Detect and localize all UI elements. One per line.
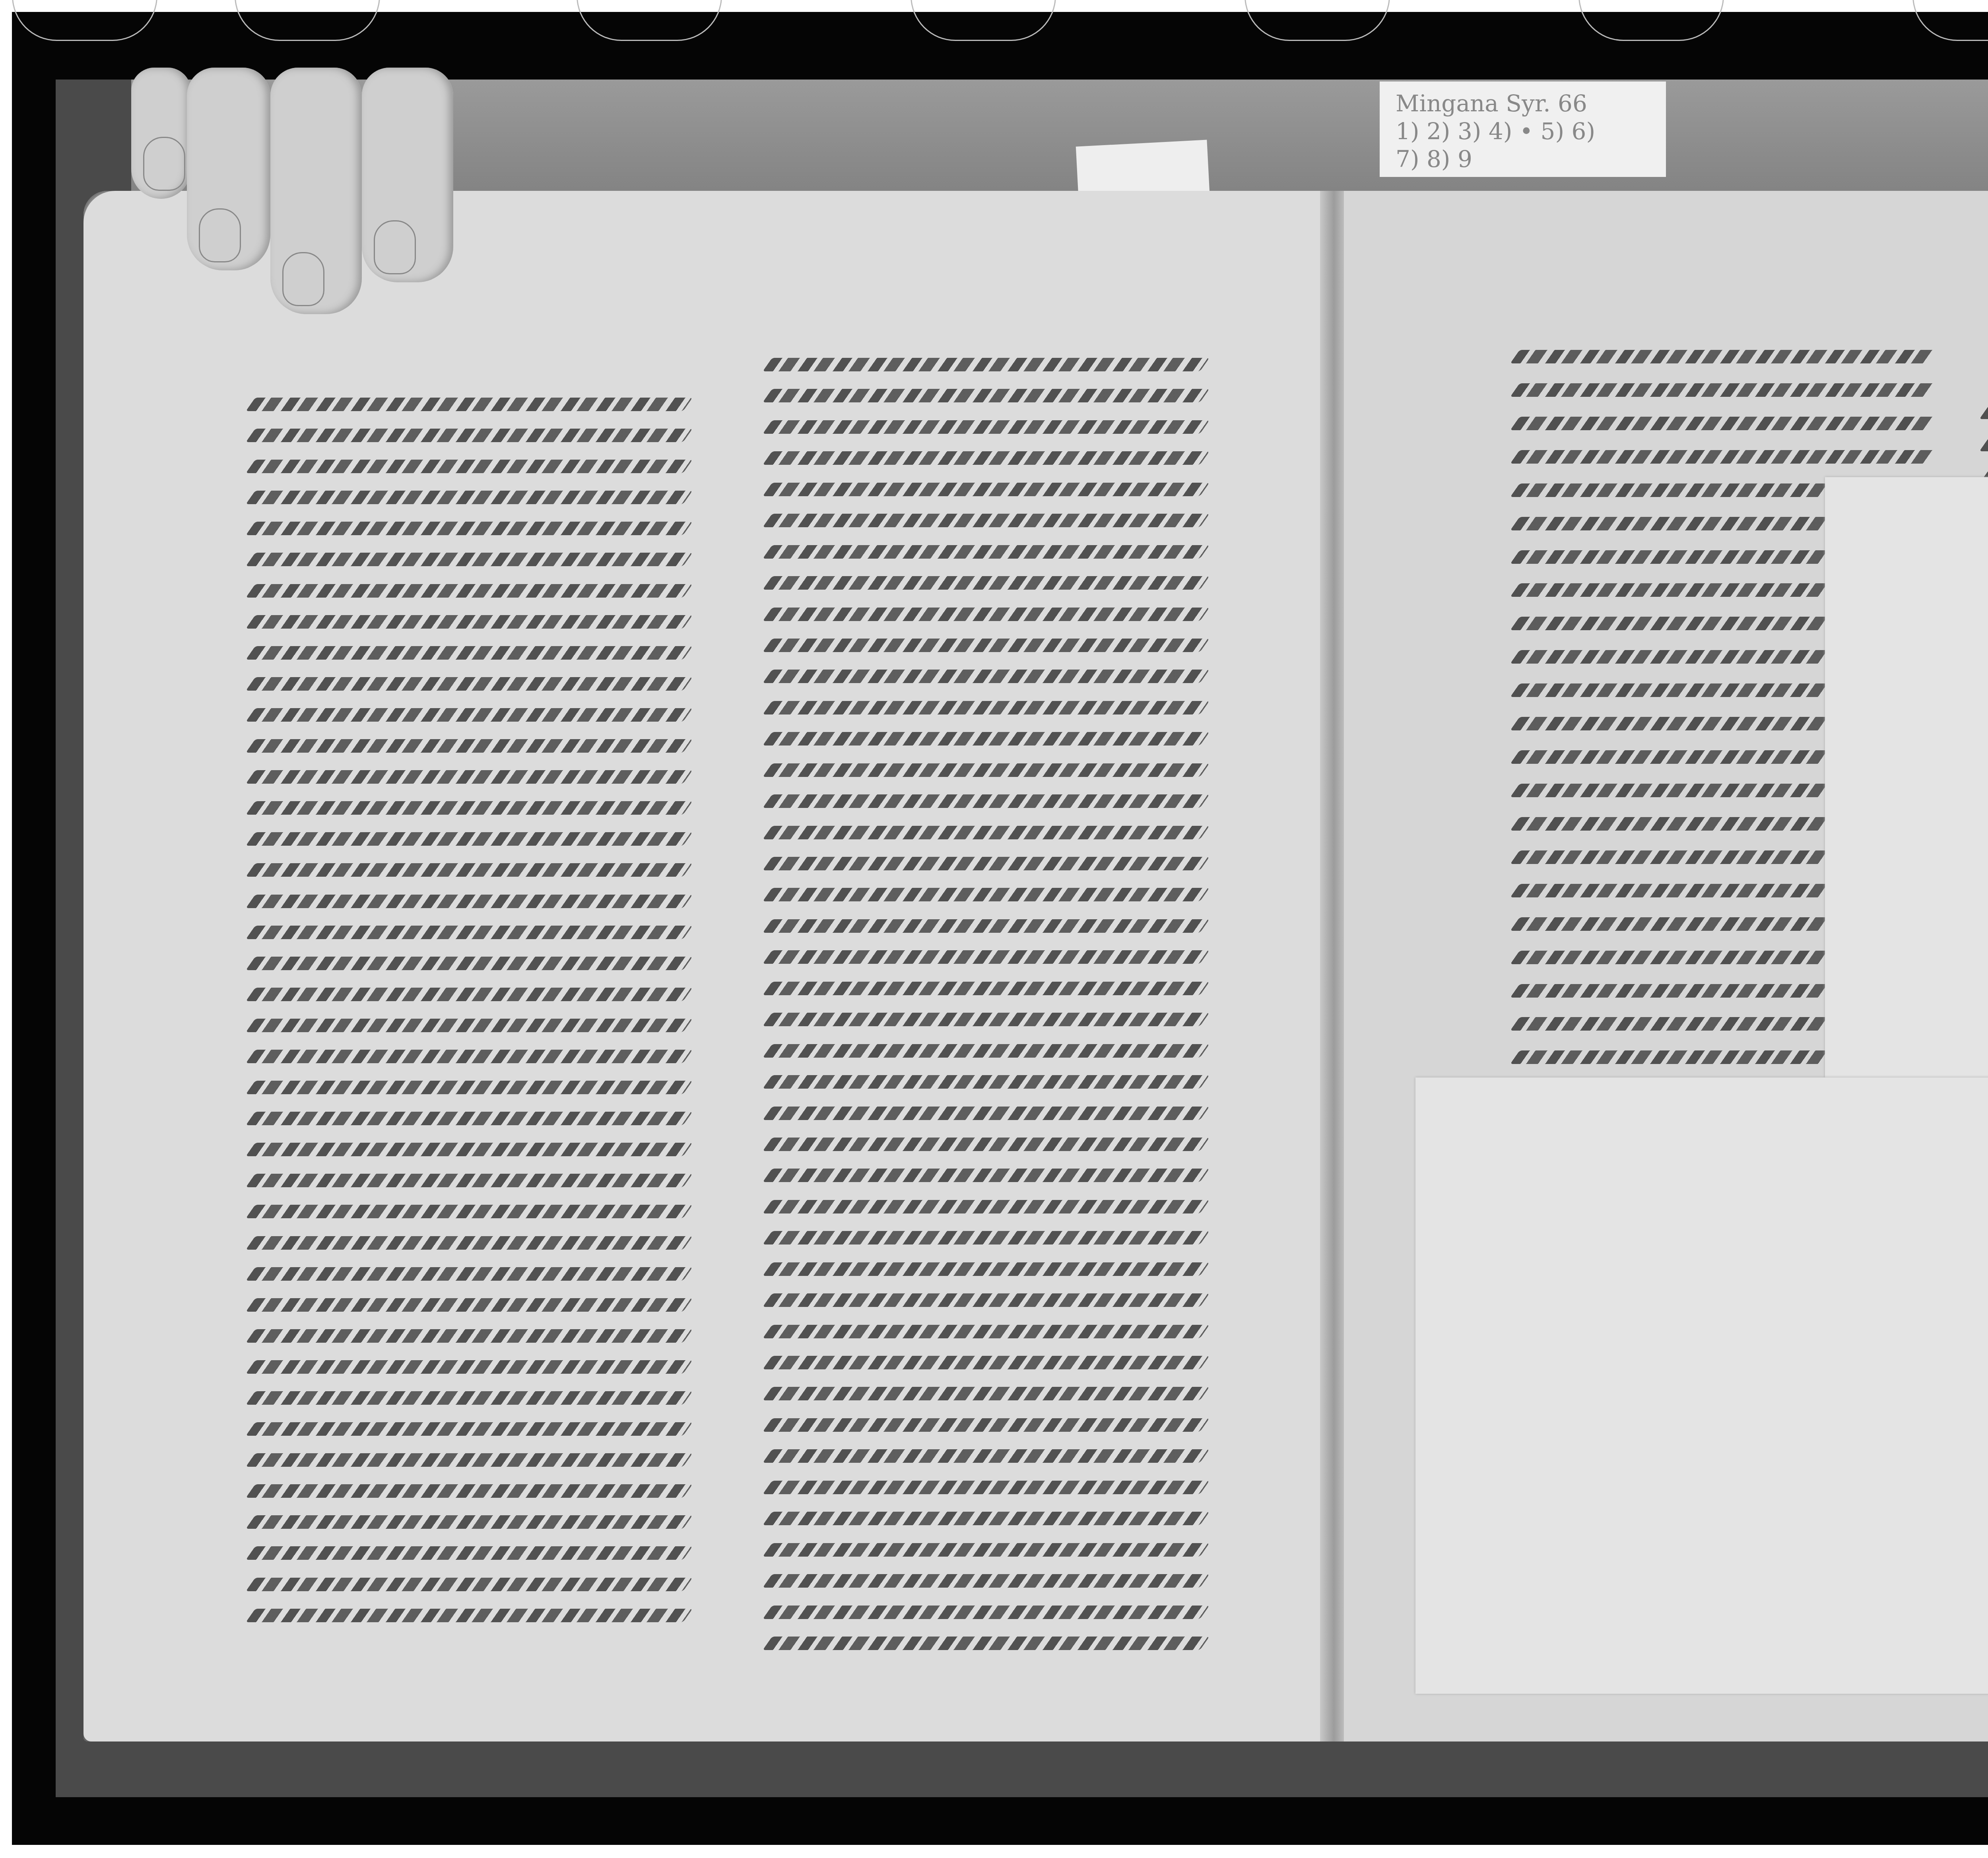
sprocket-hole xyxy=(12,0,157,41)
left-hand-finger xyxy=(131,68,191,199)
film-frame: Syriac marginal annotation (vertical) xyxy=(12,12,1988,1845)
left-hand-finger xyxy=(187,68,270,270)
sprocket-hole xyxy=(577,0,722,41)
shelfmark-line-2: 1) 2) 3) 4) • 5) 6) xyxy=(1396,117,1650,145)
left-page xyxy=(83,191,1324,1742)
right-page xyxy=(1344,191,1988,1742)
left-page-column-1 xyxy=(250,398,688,1622)
sprocket-hole xyxy=(911,0,1056,41)
sprocket-hole xyxy=(1244,0,1390,41)
left-hand-finger xyxy=(362,68,453,282)
shelfmark-line-3: 7) 8) 9 xyxy=(1396,145,1650,173)
sprocket-hole xyxy=(1912,0,1988,41)
left-page-column-2 xyxy=(767,358,1205,1650)
sprocket-hole xyxy=(1578,0,1724,41)
sprocket-hole xyxy=(235,0,380,41)
shelfmark-line-1: Mingana Syr. 66 xyxy=(1396,89,1650,117)
shelfmark-label: Mingana Syr. 66 1) 2) 3) 4) • 5) 6) 7) 8… xyxy=(1380,82,1666,177)
open-manuscript xyxy=(83,191,1988,1742)
left-hand-finger xyxy=(270,68,362,314)
paper-repair-patch xyxy=(1415,1078,1988,1694)
